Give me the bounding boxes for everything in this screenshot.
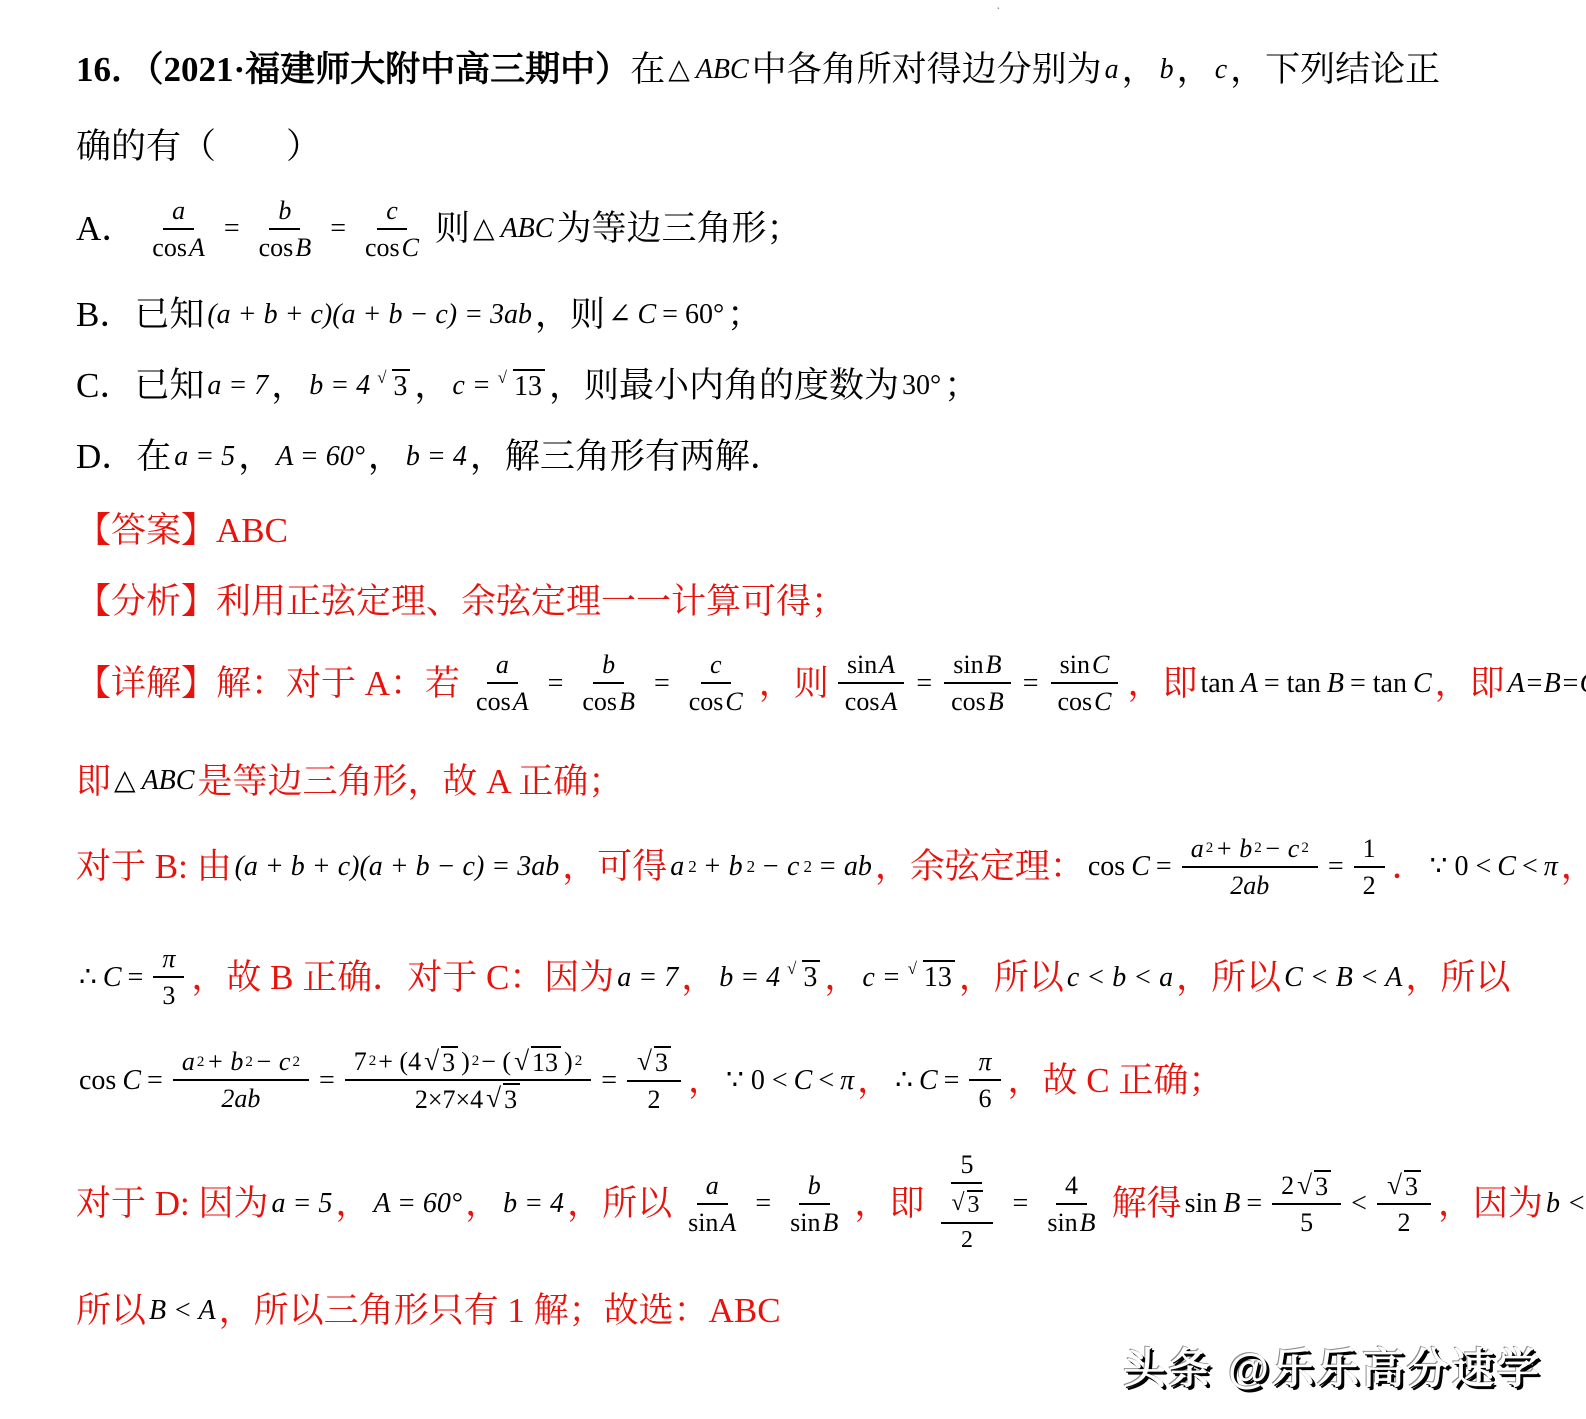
fraction: ccosC — [356, 193, 428, 265]
text-run: B — [1223, 1187, 1240, 1221]
text-run: A — [189, 232, 205, 263]
text-run: ∵ 0 < — [726, 1064, 788, 1098]
fraction-denominator: cos C — [1049, 684, 1121, 719]
text-run: b = 4 — [406, 440, 467, 474]
text-run: cos — [845, 686, 880, 717]
fraction-denominator: 2ab — [1221, 868, 1278, 903]
fraction-denominator: 2 — [952, 1224, 982, 1257]
text-run: π — [1544, 850, 1558, 884]
text-run: 2 — [1363, 870, 1376, 901]
fraction-denominator: cosA — [143, 230, 214, 265]
text-run: 所以 — [76, 1287, 146, 1334]
text-run: ， — [1561, 843, 1586, 890]
text-run: 30° — [902, 369, 941, 403]
text-run: a = 7 — [617, 961, 678, 995]
radical-icon: √ — [424, 1046, 439, 1076]
text-run: = ab — [818, 850, 872, 884]
text-run: B — [295, 232, 311, 263]
radicand: 3 — [802, 960, 820, 994]
text-run: ． — [1392, 843, 1427, 890]
radicand: 13 — [923, 960, 955, 994]
fraction-denominator: √32 — [931, 1184, 1002, 1260]
text-run: = — [755, 1187, 771, 1221]
analysis-line: 【分析】利用正弦定理、余弦定理一一计算可得； — [76, 578, 1528, 625]
text-run: b — [602, 649, 615, 680]
sqrt-expression: √13 — [495, 369, 548, 403]
text-run: B — [1080, 1207, 1096, 1238]
text-run: a — [706, 1170, 719, 1201]
top-mark: · — [996, 2, 1001, 18]
sqrt-expression: √3 — [485, 1083, 521, 1115]
text-run: (a + b + c)(a + b − c) = 3ab — [207, 298, 532, 332]
text-run: sin — [953, 649, 983, 680]
text-run: ABC — [142, 764, 195, 798]
text-run: c = — [862, 961, 900, 995]
text-run: a — [1191, 833, 1204, 864]
text-run: ， — [238, 433, 273, 480]
text-run: C — [402, 232, 419, 263]
text-run: C — [1094, 686, 1111, 717]
text-run: cos — [152, 232, 187, 263]
fraction-numerator: 2√3 — [1272, 1168, 1341, 1206]
radicand: 3 — [1314, 1170, 1331, 1202]
text-run: c = — [452, 369, 490, 403]
text-run: a = 5 — [272, 1187, 333, 1221]
text-run: 则 — [435, 205, 470, 252]
fraction-denominator: sin B — [1038, 1205, 1104, 1240]
fraction: a2 + b2 − c22ab — [173, 1044, 309, 1116]
text-run: 6 — [978, 1083, 991, 1114]
text-run: = — [147, 1064, 163, 1098]
fraction-denominator: sin B — [781, 1205, 847, 1240]
text-run: a = 7 — [207, 369, 268, 403]
text-run: ，故 B 正确．对于 C：因为 — [191, 954, 614, 1001]
sqrt-expression: √3 — [423, 1046, 459, 1078]
text-run: c — [1215, 53, 1227, 87]
text-run: C < B < A — [1284, 961, 1402, 995]
text-run: △ — [473, 212, 495, 246]
text-run: + (4 — [378, 1046, 421, 1077]
text-run: 2 — [648, 1084, 661, 1115]
text-run: B — [822, 1207, 838, 1238]
radicand: 3 — [654, 1046, 671, 1078]
fraction-numerator: √3 — [1377, 1168, 1431, 1206]
text-run: a — [182, 1046, 195, 1077]
text-run: ∠ — [608, 298, 631, 332]
text-run: − c — [761, 850, 799, 884]
text-run: a = 5 — [174, 440, 235, 474]
text-run: b = 4 — [503, 1187, 564, 1221]
answer-line: 【答案】ABC — [76, 507, 1528, 554]
fraction-numerator: b — [269, 193, 300, 230]
text-run: 【分析】利用正弦定理、余弦定理一一计算可得； — [76, 578, 846, 625]
fraction: √32 — [941, 1188, 992, 1256]
text-run: = — [916, 667, 932, 701]
fraction-numerator: sin A — [838, 647, 904, 684]
text-run: = — [1156, 850, 1172, 884]
text-run: ABC — [696, 53, 749, 87]
text-run: 解得 — [1112, 1180, 1182, 1227]
text-run: ABC — [501, 212, 554, 246]
radical-icon: √ — [486, 1083, 501, 1113]
sqrt-expression: √3 — [784, 960, 823, 994]
text-run: C — [794, 1064, 813, 1098]
fraction-denominator: cos A — [836, 684, 907, 719]
text-run: A — [513, 686, 529, 717]
text-run: A = 60° — [276, 440, 365, 474]
text-run: + b — [703, 850, 743, 884]
text-run: ，所以 — [1405, 954, 1510, 1001]
text-run: C — [122, 1064, 141, 1098]
text-run: b = 4 — [719, 961, 780, 995]
fraction-numerator: √3 — [627, 1044, 681, 1082]
solution-line-1: 【详解】解：对于 A：若acos A=bcos B=ccos C，则sin Ac… — [76, 647, 1528, 719]
radicand: 13 — [513, 369, 545, 403]
text-run: = — [944, 1064, 960, 1098]
text-run: 【答案】 — [76, 507, 216, 554]
text-run: 确的有（ ） — [76, 123, 321, 170]
text-run: = — [1013, 1187, 1029, 1221]
text-run: π — [162, 943, 175, 974]
text-run: ，下列结论正 — [1230, 46, 1440, 93]
fraction-denominator: cos B — [573, 684, 644, 719]
fraction-numerator: π — [969, 1044, 1000, 1081]
fraction: 72 + (4√3)2 − (√13)22×7×4√3 — [345, 1044, 591, 1118]
text-run: 2×7×4 — [415, 1084, 483, 1115]
text-run: − c — [255, 1046, 291, 1077]
text-run: + b — [206, 1046, 243, 1077]
text-run: ， — [368, 433, 403, 480]
watermark: 头条 @乐乐高分速学 — [1123, 1336, 1542, 1396]
text-run: b — [808, 1170, 821, 1201]
sqrt-expression: √13 — [513, 1046, 562, 1078]
text-run: − ( — [481, 1046, 511, 1077]
option-d: D．在a = 5，A = 60°，b = 4，解三角形有两解． — [76, 433, 1528, 480]
text-run: a — [670, 850, 684, 884]
text-run: 1 — [1363, 833, 1376, 864]
text-run: ， — [1122, 46, 1157, 93]
text-run: cos — [1058, 686, 1093, 717]
text-run: sin — [847, 649, 877, 680]
text-run: A — [881, 686, 897, 717]
fraction-numerator: a2 + b2 − c2 — [1182, 831, 1318, 868]
text-run: ，余弦定理： — [875, 843, 1085, 890]
text-run: ∴ — [79, 961, 97, 995]
radical-icon: √ — [637, 1046, 652, 1076]
text-run: cos — [259, 232, 294, 263]
solution-line-4: ∴C = π3，故 B 正确．对于 C：因为a = 7，b = 4√3，c =√… — [76, 941, 1528, 1013]
question-line-2: 确的有（ ） — [76, 123, 1528, 170]
text-run: A — [720, 1207, 736, 1238]
text-run: B．已知 — [76, 291, 204, 338]
text-run: = tan — [1350, 667, 1407, 701]
text-run: cos — [365, 232, 400, 263]
solution-line-7: 所以B < A，所以三角形只有 1 解；故选：ABC — [76, 1287, 1528, 1334]
text-run: ∴ — [895, 1064, 913, 1098]
radicand: 3 — [392, 369, 410, 403]
text-run: = — [601, 1064, 617, 1098]
text-run: ， — [465, 1180, 500, 1227]
radical-icon: √ — [951, 1190, 964, 1216]
fraction-denominator: 2×7×4√3 — [406, 1081, 530, 1117]
fraction: acosA — [143, 193, 214, 265]
fraction-denominator: 5 — [1291, 1205, 1322, 1240]
fraction-denominator: 2 — [1354, 868, 1385, 903]
fraction: sin Acos A — [836, 647, 907, 719]
text-run: 5 — [1300, 1207, 1313, 1238]
text-run: 在 — [630, 46, 665, 93]
text-run: C — [1131, 850, 1150, 884]
text-run: 对于 D: 因为 — [76, 1180, 269, 1227]
sqrt-expression: √3 — [374, 369, 413, 403]
radicand: 13 — [531, 1046, 561, 1078]
text-run: ，即 — [1435, 660, 1505, 707]
text-run: ABC — [216, 507, 288, 554]
text-run: 对于 B: 由 — [76, 843, 232, 890]
fraction: π3 — [153, 941, 184, 1013]
fraction-numerator: √3 — [941, 1188, 992, 1224]
text-run: = — [319, 1064, 335, 1098]
text-run: = — [1023, 667, 1039, 701]
fraction-denominator: cosB — [250, 230, 321, 265]
fraction: sin Bcos B — [942, 647, 1013, 719]
text-run: ，因为 — [1438, 1180, 1543, 1227]
text-run: = — [654, 667, 670, 701]
text-run: △ — [668, 53, 690, 87]
text-run: ∵ 0 < — [1430, 850, 1492, 884]
text-run: ，所以 — [959, 954, 1064, 1001]
fraction-denominator: 2 — [639, 1082, 670, 1117]
text-run: ，则 — [759, 660, 829, 707]
text-run: ， — [271, 362, 306, 409]
text-run: − c — [1264, 833, 1300, 864]
text-run: A． — [76, 205, 136, 252]
text-run: sin — [790, 1207, 820, 1238]
text-run: cos — [689, 686, 724, 717]
fraction-denominator: 2 — [1388, 1205, 1419, 1240]
fraction: bcos B — [573, 647, 644, 719]
sqrt-expression: √3 — [1296, 1170, 1332, 1202]
text-run: ， — [824, 954, 859, 1001]
fraction-numerator: a2 + b2 − c2 — [173, 1044, 309, 1081]
fraction: √32 — [627, 1044, 681, 1117]
text-run: = — [224, 212, 240, 246]
text-run: ， — [335, 1180, 370, 1227]
text-run: C — [637, 298, 656, 332]
text-run: 2 — [1397, 1207, 1410, 1238]
radical-icon: √ — [514, 1046, 529, 1076]
fraction-numerator: b — [799, 1168, 830, 1205]
text-run: 即 — [76, 758, 111, 805]
fraction: a2 + b2 − c22ab — [1182, 831, 1318, 903]
text-run: = — [330, 212, 346, 246]
text-run: cos — [1088, 850, 1125, 884]
text-run: ， — [681, 954, 716, 1001]
fraction-denominator: sin A — [679, 1205, 745, 1240]
sqrt-expression: √3 — [636, 1046, 672, 1078]
question-line-1: 16．（2021·福建师大附中高三期中）在△ABC中各角所对得边分别为a，b，c… — [76, 46, 1528, 93]
fraction-numerator: 72 + (4√3)2 − (√13)2 — [345, 1044, 591, 1082]
text-run: ，即 — [854, 1180, 924, 1227]
sqrt-expression: √13 — [905, 960, 958, 994]
text-run: 2ab — [221, 1083, 260, 1114]
text-run: sin — [1185, 1187, 1218, 1221]
text-run: a — [172, 195, 185, 226]
text-run: ，所以 — [1176, 954, 1281, 1001]
sqrt-expression: √3 — [950, 1190, 983, 1220]
text-run: ) — [461, 1046, 470, 1077]
text-run: C — [919, 1064, 938, 1098]
text-run: cos — [79, 1064, 116, 1098]
fraction: 12 — [1354, 831, 1385, 903]
text-run: 是等边三角形，故 A 正确； — [197, 758, 623, 805]
text-run: C — [1413, 667, 1432, 701]
radical-icon: √ — [787, 960, 796, 978]
text-run: 【详解】解：对于 A：若 — [76, 660, 460, 707]
text-run: ，所以三角形只有 1 解；故选：ABC — [219, 1287, 781, 1334]
radicand: 3 — [967, 1190, 983, 1220]
text-run: b — [1160, 53, 1174, 87]
text-run: = — [548, 667, 564, 701]
text-run: C — [1497, 850, 1516, 884]
text-run: cos — [476, 686, 511, 717]
text-run: cos — [582, 686, 617, 717]
text-run: c — [710, 649, 722, 680]
radical-icon: √ — [1297, 1170, 1312, 1200]
text-run: a — [1105, 53, 1119, 87]
fraction-numerator: a — [487, 647, 518, 684]
fraction-denominator: cos A — [467, 684, 538, 719]
text-run: sin — [1047, 1207, 1077, 1238]
solution-line-6: 对于 D: 因为a = 5，A = 60°，b = 4，所以asin A=bsi… — [76, 1147, 1528, 1261]
fraction-denominator: cosC — [356, 230, 428, 265]
text-run: (a + b + c)(a + b − c) = 3ab — [235, 850, 560, 884]
text-run: ，解三角形有两解． — [470, 433, 785, 480]
text-run: B — [986, 649, 1002, 680]
text-run: ， — [1177, 46, 1212, 93]
radicand: 3 — [1404, 1170, 1421, 1202]
text-run: A = 60° — [373, 1187, 462, 1221]
fraction-denominator: 3 — [153, 978, 184, 1013]
text-run: A — [879, 649, 895, 680]
text-run: b — [278, 195, 291, 226]
fraction-numerator: sin C — [1051, 647, 1119, 684]
fraction-denominator: 2ab — [212, 1081, 269, 1116]
fraction-numerator: b — [593, 647, 624, 684]
fraction: asin A — [679, 1168, 745, 1240]
text-run: π — [840, 1064, 854, 1098]
text-run: ， — [688, 1057, 723, 1104]
radical-icon: √ — [498, 369, 507, 387]
text-run: D．在 — [76, 433, 171, 480]
fraction-numerator: c — [701, 647, 731, 684]
fraction: bsin B — [781, 1168, 847, 1240]
text-run: C．已知 — [76, 362, 204, 409]
fraction-numerator: c — [377, 193, 407, 230]
radicand: 3 — [441, 1046, 458, 1078]
text-run: B — [988, 686, 1004, 717]
fraction: √32 — [1377, 1168, 1431, 1241]
text-run: tan — [1201, 667, 1235, 701]
fraction-numerator: a — [697, 1168, 728, 1205]
fraction-numerator: sin B — [944, 647, 1010, 684]
fraction: π6 — [969, 1044, 1000, 1116]
text-run: 5 — [960, 1149, 973, 1180]
text-run: sin — [1060, 649, 1090, 680]
text-run: B — [619, 686, 635, 717]
text-run: ，所以 — [567, 1180, 672, 1227]
fraction-denominator: cos C — [680, 684, 752, 719]
text-run: 2ab — [1230, 870, 1269, 901]
text-run: ，即 — [1128, 660, 1198, 707]
text-run: = 60° — [662, 298, 724, 332]
text-run: = — [1246, 1187, 1262, 1221]
text-run: ) — [564, 1046, 573, 1077]
option-b: B．已知(a + b + c)(a + b − c) = 3ab，则∠C = 6… — [76, 291, 1528, 338]
fraction-denominator: 6 — [969, 1081, 1000, 1116]
fraction: 2√35 — [1272, 1168, 1341, 1241]
text-run: < — [1522, 850, 1538, 884]
text-run: + b — [1215, 833, 1252, 864]
text-run: B < A — [149, 1294, 216, 1328]
text-run: △ — [114, 764, 136, 798]
solution-line-5: cosC = a2 + b2 − c22ab=72 + (4√3)2 − (√1… — [76, 1044, 1528, 1118]
text-run: ，则最小内角的度数为 — [549, 362, 899, 409]
text-run: cos — [951, 686, 986, 717]
fraction-numerator: a — [163, 193, 194, 230]
fraction-denominator: cos B — [942, 684, 1013, 719]
document-page: 16．（2021·福建师大附中高三期中）在△ABC中各角所对得边分别为a，b，c… — [0, 0, 1586, 1334]
radical-icon: √ — [908, 960, 917, 978]
fraction: 4sin B — [1038, 1168, 1104, 1240]
radicand: 3 — [503, 1083, 520, 1115]
radical-icon: √ — [1387, 1170, 1402, 1200]
fraction: sin Ccos C — [1049, 647, 1121, 719]
text-run: C — [725, 686, 742, 717]
text-run: < — [1351, 1187, 1367, 1221]
text-run: 7 — [354, 1046, 367, 1077]
text-run: ； — [944, 362, 979, 409]
radical-icon: √ — [377, 369, 386, 387]
text-run: C — [103, 961, 122, 995]
text-run: b < a — [1546, 1187, 1586, 1221]
text-run: c — [386, 195, 398, 226]
text-run: 2 — [961, 1226, 973, 1255]
text-run: ，可得 — [562, 843, 667, 890]
text-run: A — [1241, 667, 1258, 701]
text-run: ， — [414, 362, 449, 409]
text-run: ，故 C 正确； — [1008, 1057, 1224, 1104]
text-run: ； — [727, 291, 762, 338]
text-run: = — [1328, 850, 1344, 884]
fraction: bcosB — [250, 193, 321, 265]
text-run: = tan — [1264, 667, 1321, 701]
text-run: 4 — [1065, 1170, 1078, 1201]
text-run: A=B=C — [1508, 667, 1586, 701]
fraction-numerator: 4 — [1056, 1168, 1087, 1205]
option-c: C．已知a = 7，b = 4√3，c =√13，则最小内角的度数为30°； — [76, 362, 1528, 409]
text-run: c < b < a — [1067, 961, 1173, 995]
text-run: 为等边三角形； — [556, 205, 801, 252]
text-run: 2 — [1281, 1170, 1294, 1201]
text-run: C — [1092, 649, 1109, 680]
option-a: A．acosA=bcosB=ccosC则△ABC为等边三角形； — [76, 193, 1528, 265]
solution-line-2: 即△ABC是等边三角形，故 A 正确； — [76, 758, 1528, 805]
fraction-numerator: 5 — [951, 1147, 982, 1184]
text-run: = — [128, 961, 144, 995]
sqrt-expression: √3 — [1386, 1170, 1422, 1202]
text-run: sin — [688, 1207, 718, 1238]
